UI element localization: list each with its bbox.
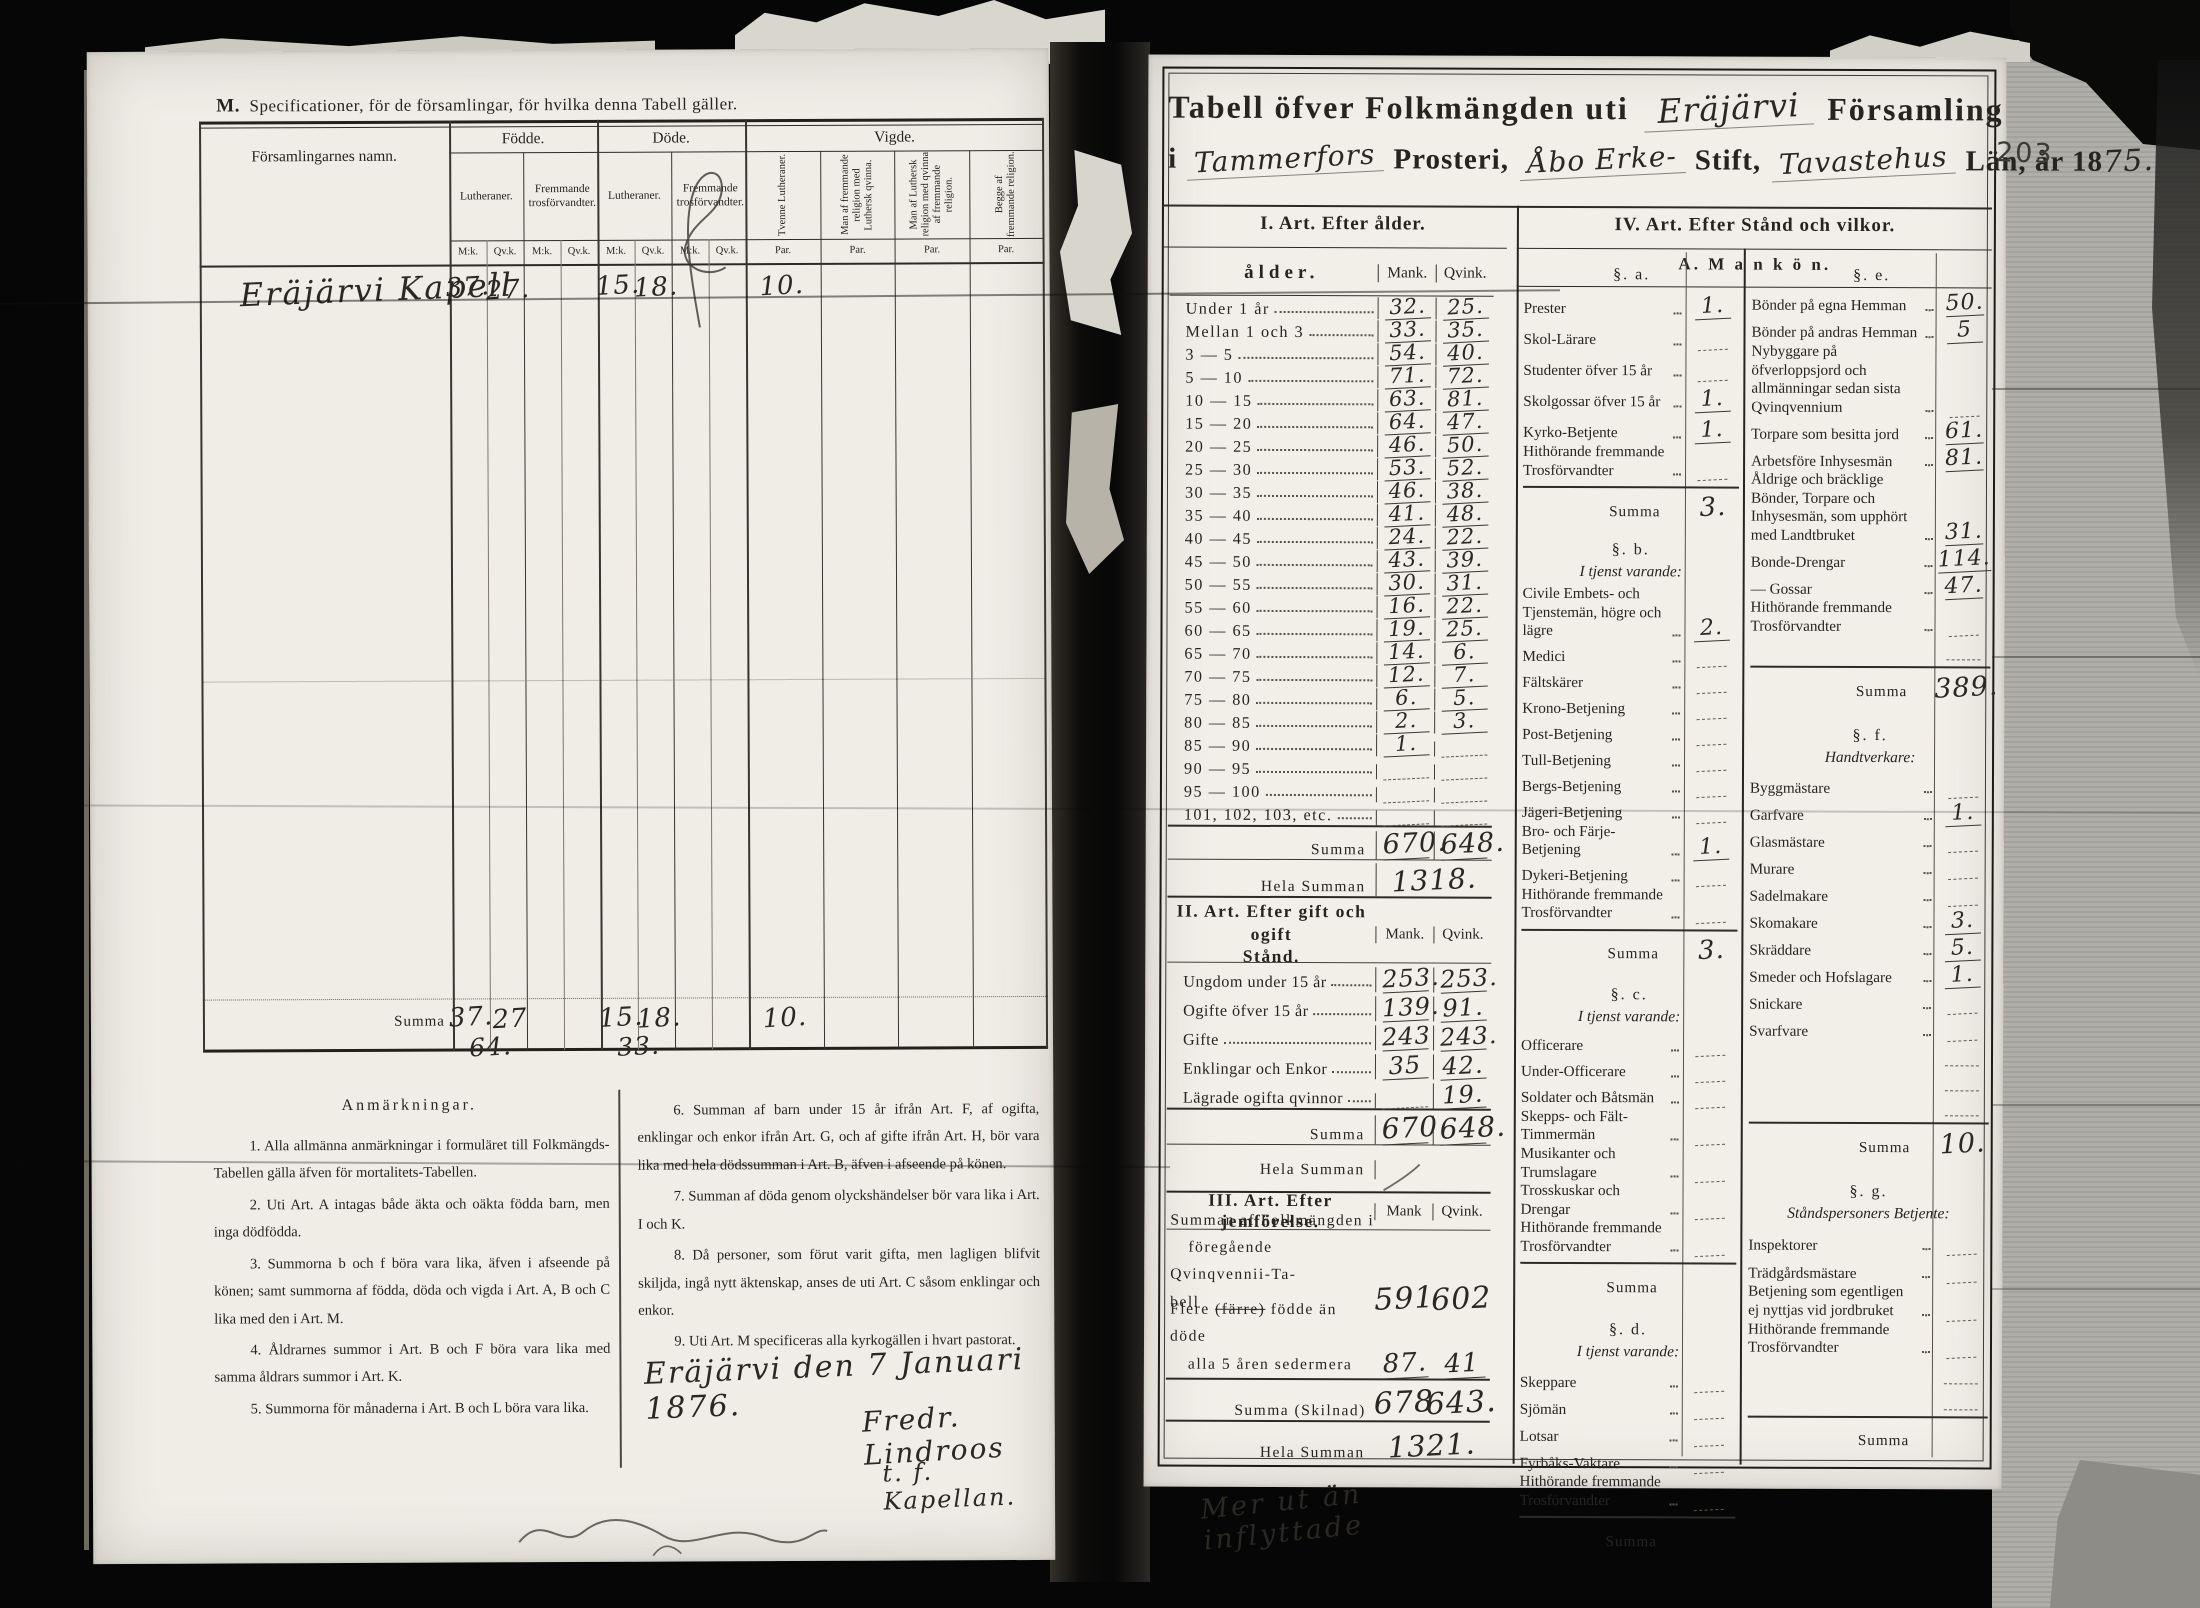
occupation-label: Glasmästare [1750, 834, 1919, 853]
occupation-row: Prester 1. [1524, 288, 1740, 320]
mank-cell: 35 [1375, 1055, 1433, 1080]
occupation-value [1948, 621, 1979, 637]
dot-leader [1671, 1075, 1679, 1077]
occupation-row: Medici [1522, 641, 1738, 668]
dot-leader [1670, 1213, 1678, 1215]
qvink-value: 41 [1438, 1351, 1485, 1380]
heading-text: Specificationer, för de församlingar, fö… [249, 94, 737, 115]
occupation-row: Skräddare 5. [1749, 933, 1989, 961]
occupation-row: Bönder på andras Hemman 5 [1751, 316, 1991, 344]
subheader-vigde-4: Begge af fremmande religion. [971, 150, 1040, 238]
mank-value [1382, 809, 1429, 826]
occupation-label: Krono-Betjening [1522, 700, 1667, 719]
occupation-value: 3. [1944, 910, 1981, 935]
summa-label: Summa [1168, 841, 1376, 860]
mank-cell: 591 [1376, 1281, 1433, 1316]
age-row: 101, 102, 103, etc. [1168, 802, 1492, 826]
occupation-row: Inspektorer [1748, 1227, 1988, 1256]
dot-leader [1672, 738, 1680, 740]
dot-leader [1257, 633, 1373, 635]
art2-title: II. Art. Efter gift och ogift Stånd. [1167, 899, 1375, 968]
value-cell [1682, 1205, 1736, 1220]
value-cell: 5. [1936, 938, 1990, 961]
mank-cell: 6. [1376, 688, 1434, 710]
blank-form-row [1750, 636, 1990, 661]
occupation-label: Arbetsföre Inhysesmän [1751, 452, 1920, 471]
value-cell [1682, 1378, 1736, 1393]
civil-status-label: Lägrade ogifta qvinnor [1167, 1089, 1375, 1109]
mank-value: 253. [1381, 967, 1428, 994]
civil-status-row: Lägrade ogifta qvinnor 19. [1167, 1079, 1491, 1109]
mank-cell: 71. [1377, 366, 1435, 388]
qvink-cell: 5. [1434, 689, 1492, 711]
occupation-label: Nybyggare på öfverloppsjord och allmänni… [1751, 343, 1920, 418]
sex-header-qvk: Qv.k. [561, 240, 598, 264]
occupation-label: Soldater och Båtsmän [1521, 1089, 1666, 1108]
mank-cell: 14. [1376, 642, 1434, 664]
occupation-label: Prester [1524, 300, 1669, 319]
mank-value: 87. [1381, 1351, 1428, 1380]
mank-cell: 53. [1377, 458, 1435, 480]
occupation-label: Murare [1750, 861, 1919, 880]
qvink-value: 19. [1439, 1083, 1486, 1110]
pen-stroke [1380, 1162, 1440, 1192]
dot-leader [1671, 1049, 1679, 1051]
occupation-value [1694, 1241, 1725, 1257]
occupation-label: Skol-Lärare [1523, 331, 1668, 350]
form-title-line1: Tabell öfver Folkmängden uti Eräjärvi Fö… [1168, 87, 1986, 130]
dot-leader [1248, 380, 1373, 382]
section-d-summa: Summa [1519, 1516, 1735, 1552]
dot-leader [1925, 593, 1933, 595]
age-row: 55 — 60 16. 22. [1169, 595, 1493, 619]
dot-leader [1672, 816, 1680, 818]
occupation-label: Sjömän [1520, 1401, 1665, 1420]
mank-value [1382, 763, 1429, 780]
section-c-subheading: I tjenst varande: [1521, 1008, 1737, 1027]
age-row: Mellan 1 och 3 33. 35. [1170, 319, 1494, 343]
value-cell [1683, 1130, 1737, 1145]
occupation-label: Under-Officerare [1521, 1063, 1666, 1082]
occupation-value: 5. [1944, 937, 1981, 962]
art3-skilnad-row: Summa (Skilnad) 678 643. [1166, 1378, 1490, 1421]
value-cell [1684, 678, 1738, 693]
table-rule [709, 239, 714, 1049]
civil-status-row: Gifte 243 243. [1167, 1021, 1491, 1051]
column-label: Mank. [1387, 264, 1427, 282]
comparison-label: Flere (färre) födde än döde alla 5 åren … [1166, 1296, 1376, 1379]
value-cell [1935, 1027, 1989, 1042]
age-range-label: 5 — 10 [1169, 369, 1377, 389]
summa-mank-cell: 670 [1375, 1116, 1433, 1145]
value-cell: 1. [1684, 837, 1738, 860]
value-cell [1936, 838, 1990, 853]
civil-status-row: Ogifte öfver 15 år 139. 91. [1167, 992, 1491, 1022]
occupation-row: Trosskuskar och Drengar [1520, 1182, 1736, 1220]
mank-cell: 32. [1378, 297, 1436, 319]
summa-value [1947, 1436, 1978, 1451]
par-label: Par. [850, 245, 866, 257]
group-header-dode: Döde. [597, 125, 745, 152]
mank-cell: 253. [1375, 968, 1433, 993]
value-cell: 5 [1938, 320, 1992, 343]
section-f: §. f. Handtverkare: Byggmästare Garfvare… [1749, 727, 1990, 1158]
occupation-value [1696, 755, 1727, 771]
note-paragraph: 2. Uti Art. A intagas både äkta och oäkt… [214, 1191, 610, 1248]
migration-note-handwritten: Mer ut än inflyttade [1199, 1466, 1492, 1557]
dot-leader [1672, 790, 1680, 792]
mank-cell: 63. [1377, 389, 1435, 411]
mank-value [1381, 1092, 1428, 1109]
hela-summan-value: 1321. [1387, 1426, 1477, 1464]
occupation-row: Civile Embets- och Tjenstemän, högre och… [1522, 585, 1738, 641]
occupation-row: Glasmästare [1750, 825, 1990, 853]
value-cell [1684, 1538, 1735, 1552]
occupation-value [1695, 1041, 1726, 1057]
value-cell [1684, 704, 1738, 719]
summa-qvink: 648. [1439, 1115, 1486, 1146]
occupation-value: 31. [1944, 522, 1983, 547]
occupation-value: 2. [1693, 617, 1730, 642]
mank-cell [1375, 1093, 1433, 1108]
section-c-heading: §. c. [1521, 986, 1737, 1005]
dot-leader [1257, 495, 1373, 497]
occupation-value [1695, 1067, 1726, 1083]
occupation-label: Medici [1522, 648, 1667, 667]
title-text: Prosteri, [1393, 143, 1509, 175]
dot-leader [1924, 846, 1932, 848]
qvink-value: 42. [1439, 1054, 1486, 1081]
subheader-label: Fremmande trosförvandter. [525, 181, 599, 210]
value-cell: 10. [1937, 1131, 1988, 1158]
occupation-row: Bro- och Färje-Betjening 1. [1522, 823, 1738, 861]
sex-header-qvk: Qv.k. [487, 240, 524, 264]
signature-title: t. f. Kapellan. [882, 1453, 1056, 1516]
section-header-art1: I. Art. Efter ålder. [1178, 213, 1508, 236]
occupation-label: Skomakare [1749, 915, 1918, 934]
notes-title: Anmärkningar. [209, 1096, 609, 1116]
dot-leader [1669, 1467, 1677, 1469]
scanned-document: { "scan": {"page_number": "203"}, "left_… [0, 0, 2200, 1608]
occupation-row: Dykeri-Betjening [1522, 860, 1738, 887]
qvink-cell: 6. [1434, 643, 1492, 665]
mank-cell: 1. [1376, 734, 1434, 756]
group-header-label: Födde. [502, 130, 545, 148]
occupation-row: Torpare som besitta jord 61. [1751, 417, 1991, 445]
dot-leader [1257, 518, 1373, 520]
value-cell [1682, 1432, 1736, 1447]
age-range: Under 1 år [1186, 300, 1270, 319]
occupation-row: Åldrige och bräcklige Bönder, Torpare oc… [1751, 471, 1991, 546]
occupation-label: Bro- och Färje-Betjening [1522, 823, 1667, 861]
value-cell: 1. [1685, 296, 1739, 319]
occupation-row: Skepps- och Fält-Timmermän [1521, 1108, 1737, 1146]
dot-leader [1670, 1413, 1678, 1415]
section-e-heading: §. e. [1752, 267, 1992, 286]
occupation-row: Bergs-Betjening [1522, 771, 1738, 798]
qvink-cell: 40. [1435, 344, 1493, 366]
table-rule [487, 240, 492, 1050]
age-range-label: 40 — 45 [1169, 530, 1377, 550]
section-e-summa: Summa 389. [1750, 666, 1990, 702]
column-label: Mank. [1386, 926, 1425, 943]
table-rule [1042, 118, 1048, 1048]
occupation-value: 47. [1944, 576, 1983, 601]
subheader-vigde-2: Man af fremmande religion med Luthersk q… [822, 151, 892, 239]
skilnad-label: Summa (Skilnad) [1166, 1402, 1376, 1421]
summa-dode-total: 33. [616, 1031, 660, 1062]
age-range-label: 60 — 65 [1168, 622, 1376, 642]
age-range: 45 — 50 [1185, 553, 1252, 572]
mank-value [1382, 786, 1429, 803]
occupation-row: Soldater och Båtsmän [1521, 1082, 1737, 1109]
section-a-rows: Prester 1. Skol-Lärare Studenter öfver 1… [1523, 288, 1740, 481]
dot-leader [1337, 817, 1371, 819]
age-range-label: 15 — 20 [1169, 415, 1377, 435]
section-b-summa: Summa 3. [1521, 929, 1737, 965]
age-range-label: 70 — 75 [1168, 668, 1376, 688]
occupation-label: Studenter öfver 15 år [1523, 362, 1668, 381]
occupation-row: Arbetsföre Inhysesmän 81. [1751, 444, 1991, 472]
sex-label: M:k. [606, 246, 626, 258]
qvink-cell: 50. [1435, 436, 1493, 458]
dot-leader [1923, 1249, 1931, 1251]
occupation-row: Musikanter och Trumslagare [1521, 1145, 1737, 1183]
section-f-heading: §. f. [1750, 727, 1990, 746]
dot-leader [1669, 1504, 1677, 1506]
value-cell [1934, 1241, 1988, 1256]
dot-leader [1314, 1013, 1372, 1015]
summa-dode-mk: 15. [598, 1002, 642, 1034]
dot-leader [1672, 853, 1680, 855]
occupation-value [1948, 783, 1979, 799]
par-label: Par. [775, 245, 791, 257]
summa-mank: 670. [1382, 831, 1429, 861]
value-cell [1681, 1496, 1735, 1511]
qvink-cell: 31. [1435, 574, 1493, 596]
section-c-rows: Officerare Under-Officerare Soldater och… [1520, 1030, 1737, 1257]
age-row: 15 — 20 64. 47. [1169, 411, 1493, 435]
mank-value: 243 [1381, 1025, 1428, 1052]
age-range-label: 50 — 55 [1169, 576, 1377, 596]
notes-column-left: 1. Alla allmänna anmärkningar i formulär… [213, 1132, 610, 1428]
scan-bleed-line [1992, 1104, 2200, 1106]
status-label: Ogifte öfver 15 år [1183, 1002, 1308, 1021]
dot-leader [1238, 357, 1373, 359]
summa-value [1694, 1537, 1725, 1552]
subheader-fremmande-fodde: Fremmande trosförvandter. [523, 152, 601, 240]
value-cell [1684, 871, 1738, 886]
section-a-summa: Summa 3. [1523, 486, 1739, 522]
value-cell [1685, 1284, 1736, 1298]
age-range-label: 3 — 5 [1169, 346, 1377, 366]
occupation-value [1946, 1305, 1977, 1321]
occupation-row: Murare [1750, 852, 1990, 880]
occupation-label: Trädgårdsmästare [1748, 1265, 1917, 1284]
occupation-label: Skeppare [1520, 1374, 1665, 1393]
value-cell [1936, 784, 1990, 799]
age-range: 70 — 75 [1184, 668, 1251, 687]
age-range: 85 — 90 [1184, 737, 1251, 756]
subheader-label: Begge af fremmande religion. [994, 150, 1018, 238]
mank-cell: 54. [1377, 343, 1435, 365]
occupation-row: Hithörande fremmande Trosförvandter [1750, 599, 1990, 637]
title-prosteri-handwritten: Tammerfors [1185, 137, 1384, 181]
occupation-value [1949, 402, 1980, 418]
subheader-label: Lutheraner. [460, 189, 513, 204]
age-row: 85 — 90 1. [1168, 733, 1492, 757]
dot-leader [1256, 679, 1372, 681]
summa-value: 3. [1693, 938, 1730, 965]
occupation-label: Skepps- och Fält-Timmermän [1521, 1108, 1666, 1146]
value-cell [1937, 402, 1991, 417]
qvink-cell: 52. [1435, 459, 1493, 481]
qvink-cell: 3. [1434, 712, 1492, 734]
status-label: Ungdom under 15 år [1183, 973, 1326, 993]
notes-column-right: 6. Summan af barn under 15 år ifrån Art.… [637, 1096, 1040, 1361]
occupation-label: Snickare [1749, 996, 1918, 1015]
age-row: 80 — 85 2. 3. [1168, 710, 1492, 734]
age-range-label: 35 — 40 [1169, 507, 1377, 527]
mank-cell: 19. [1376, 619, 1434, 641]
occupation-label: Betjening som egentligen ej nyttjas vid … [1748, 1283, 1917, 1321]
art3-row-born-vs-died: Flere (färre) födde än döde alla 5 åren … [1166, 1316, 1490, 1379]
age-row: 40 — 45 24. 22. [1169, 526, 1493, 550]
occupation-value: 1. [1694, 420, 1731, 445]
value-cell: 50. [1938, 293, 1992, 316]
sex-label: M:k. [532, 246, 552, 258]
dot-leader [1672, 879, 1680, 881]
par-header: Par. [970, 238, 1043, 262]
scan-bleed-line [1992, 656, 2200, 658]
note-paragraph: 1. Alla allmänna anmärkningar i formulär… [213, 1132, 609, 1189]
occupation-value [1946, 1240, 1977, 1256]
section-c: §. c. I tjenst varande: Officerare Under… [1520, 986, 1737, 1298]
occupation-row: Byggmästare [1750, 771, 1990, 799]
section-g-heading: §. g. [1749, 1183, 1989, 1202]
mank-value: 1. [1382, 733, 1429, 757]
section-c-summa: Summa [1520, 1262, 1736, 1298]
section-f-subheading: Handtverkare: [1750, 749, 1990, 768]
section-e-rows: Bönder på egna Hemman 50. Bönder på andr… [1750, 289, 1991, 637]
occupation-label: Skolgossar öfver 15 år [1523, 393, 1668, 412]
occupation-label: Bergs-Betjening [1522, 778, 1667, 797]
dot-leader [1673, 405, 1681, 407]
age-range: 55 — 60 [1185, 599, 1252, 618]
subheader-label: Man af fremmande religion med Luthersk q… [840, 151, 876, 239]
value-cell [1683, 1067, 1737, 1082]
title-lan-handwritten: Tavastehus [1770, 140, 1956, 183]
mank-cell: 46. [1377, 481, 1435, 503]
dot-leader [1671, 1138, 1679, 1140]
qvink-cell: 22. [1435, 528, 1493, 550]
dot-leader [1923, 1008, 1931, 1010]
age-range-label: 75 — 80 [1168, 691, 1376, 711]
qvink-value [1440, 763, 1487, 780]
age-row: 35 — 40 41. 48. [1169, 503, 1493, 527]
mank-value: 35 [1381, 1054, 1428, 1081]
group-header-label: Vigde. [874, 128, 915, 146]
age-range-label: 90 — 95 [1168, 760, 1376, 780]
occupation-label: Bönder på egna Hemman [1752, 297, 1921, 316]
value-cell [1683, 908, 1737, 923]
dot-leader [1257, 541, 1373, 543]
civil-status-label: Ungdom under 15 år [1167, 973, 1375, 993]
occupation-value: 5 [1946, 320, 1983, 345]
occupation-value [1697, 465, 1728, 481]
occupation-label: Fyrbåks-Vaktare [1520, 1455, 1665, 1474]
value-cell [1935, 1000, 1989, 1015]
specifications-table: Församlingarnes namn. Födde. Döde. Vigde… [199, 118, 1048, 1052]
occupation-value [1694, 1130, 1725, 1146]
occupation-row: Hithörande fremmande Trosförvandter [1519, 1473, 1735, 1511]
qvink-cell [1434, 742, 1492, 757]
occupation-label: Hithörande fremmande Trosförvandter [1523, 443, 1668, 481]
qvink-cell: 25. [1436, 298, 1494, 320]
scan-bleed-line [1992, 388, 2200, 390]
summa-label: Summa [1748, 1432, 1920, 1451]
summa-qvink-cell: 648. [1433, 1116, 1491, 1145]
subheader-label: Tvenne Lutheraner. [777, 154, 789, 236]
entry-fodde-qvk: 27. [485, 274, 529, 306]
qvink-cell: 35. [1435, 321, 1493, 343]
value-cell: 389. [1934, 675, 1990, 702]
mank-cell: 46. [1377, 435, 1435, 457]
qvink-value: 243. [1439, 1025, 1486, 1052]
age-column-header: ålder. [1170, 262, 1378, 285]
note-paragraph: 5. Summorna för månaderna i Art. B och L… [215, 1395, 611, 1424]
occupation-row: Krono-Betjening [1522, 693, 1738, 720]
section-d-subheading: I tjenst varande: [1520, 1343, 1736, 1362]
occupation-row: Skomakare 3. [1749, 906, 1989, 934]
dot-leader [1926, 309, 1934, 311]
qvink-cell [1434, 765, 1492, 780]
dotted-guide-line [201, 678, 1046, 683]
section-b-subheading: I tjenst varande: [1523, 563, 1739, 582]
occupation-label: Hithörande fremmande Trosförvandter [1519, 1473, 1664, 1511]
status-label: Enklingar och Enkor [1183, 1060, 1327, 1080]
occupation-label: Inspektorer [1748, 1237, 1917, 1256]
occupation-row: Fältskärer [1522, 667, 1738, 694]
age-row: 10 — 15 63. 81. [1169, 388, 1493, 412]
occupation-value: 50. [1945, 293, 1984, 318]
occupation-value [1693, 1404, 1724, 1420]
dot-leader [1673, 473, 1681, 475]
dot-leader [1924, 873, 1932, 875]
par-header: Par. [821, 239, 895, 263]
value-cell [1936, 1437, 1987, 1451]
section-b-heading: §. b. [1523, 541, 1739, 560]
occupation-row: Kyrko-Betjente 1. [1523, 412, 1739, 444]
age-row: 70 — 75 12. 7. [1168, 664, 1492, 688]
section-d-rows: Skeppare Sjömän Lotsar [1519, 1365, 1736, 1511]
age-row: 20 — 25 46. 50. [1169, 434, 1493, 458]
value-cell: 31. [1937, 523, 1991, 546]
value-cell: 81. [1937, 449, 1991, 472]
heading-prefix: M. [216, 95, 240, 116]
occupation-label: Fältskärer [1522, 674, 1667, 693]
age-range: 5 — 10 [1185, 369, 1243, 388]
age-row: 95 — 100 [1168, 779, 1492, 803]
qvink-cell: 42. [1433, 1055, 1491, 1080]
page-number: 203 [1995, 137, 2054, 170]
qvink-cell: 72. [1435, 367, 1493, 389]
dot-leader [1671, 916, 1679, 918]
note-paragraph: 7. Summan af döda genom olyckshändelser … [638, 1182, 1040, 1239]
mank-column-header: Mank. [1378, 264, 1436, 282]
value-cell: 3. [1936, 911, 1990, 934]
title-stift-handwritten: Åbo Erke- [1518, 139, 1685, 181]
